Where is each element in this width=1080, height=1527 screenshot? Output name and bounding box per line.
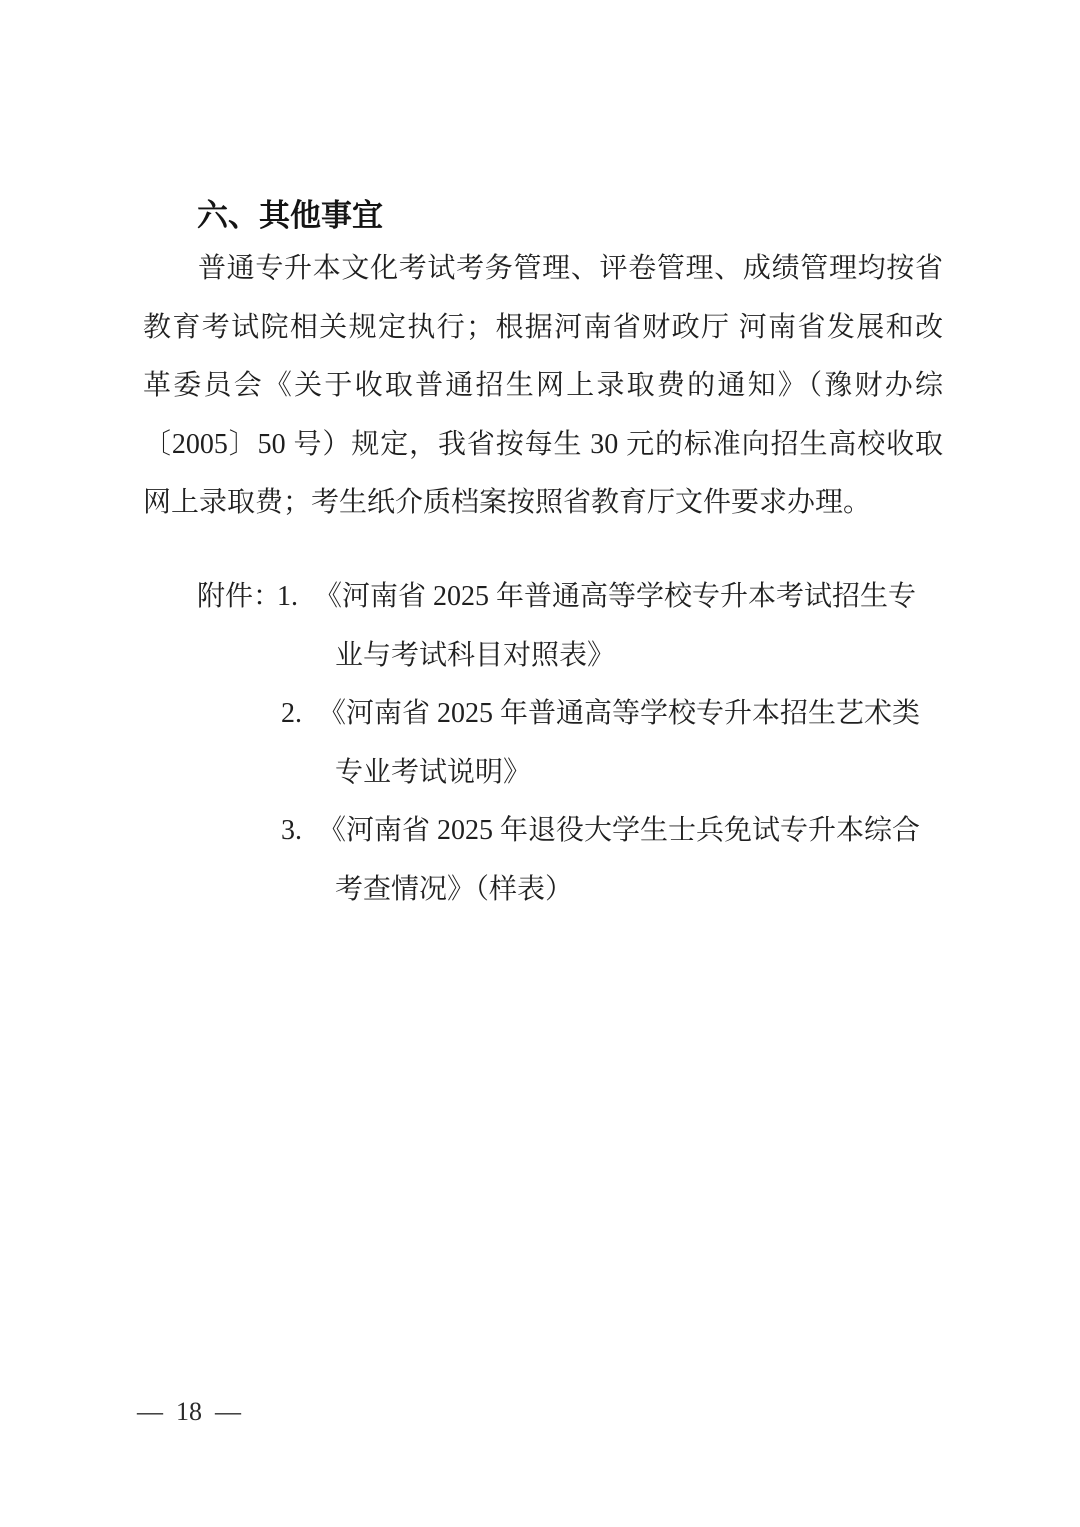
attachment-1-title-line-2: 业与考试科目对照表》 [197,627,987,686]
paragraph-line-3: 革委员会《关于收取普通招生网上录取费的通知》（豫财办综 [143,357,943,416]
attachment-1-number: 1. [277,568,307,627]
attachments-label: 附件： [197,568,270,627]
paragraph-line-2: 教育考试院相关规定执行；根据河南省财政厅 河南省发展和改 [143,299,943,358]
attachment-3-title-line-2: 考查情况》（样表） [197,861,987,920]
section-heading: 六、其他事宜 [197,196,383,236]
attachment-2-title-line-1: 《河南省 2025 年普通高等学校专升本招生艺术类 [318,698,920,729]
footer-left-dash: — [137,1396,163,1428]
footer-right-dash: — [215,1396,241,1428]
attachment-item-2-line-1: 2. 《河南省 2025 年普通高等学校专升本招生艺术类 [197,685,987,744]
attachment-item-1-line-1: 附件： 1. 《河南省 2025 年普通高等学校专升本考试招生专 [197,568,987,627]
attachment-3-number: 3. [281,802,311,861]
attachments-section: 附件： 1. 《河南省 2025 年普通高等学校专升本考试招生专 业与考试科目对… [197,568,987,919]
attachment-item-3-line-1: 3. 《河南省 2025 年退役大学生士兵免试专升本综合 [197,802,987,861]
document-page: 六、其他事宜 普通专升本文化考试考务管理、评卷管理、成绩管理均按省 教育考试院相… [0,0,1080,1527]
page-number: 18 [176,1396,202,1428]
attachment-3-title-line-1: 《河南省 2025 年退役大学生士兵免试专升本综合 [318,815,920,846]
paragraph-line-1: 普通专升本文化考试考务管理、评卷管理、成绩管理均按省 [143,240,943,299]
attachment-1-title-line-1: 《河南省 2025 年普通高等学校专升本考试招生专 [314,581,916,612]
attachment-2-number: 2. [281,685,311,744]
attachment-2-title-line-2: 专业考试说明》 [197,744,987,803]
paragraph-line-5: 网上录取费；考生纸介质档案按照省教育厅文件要求办理。 [143,474,943,533]
paragraph-line-4: 〔2005〕50 号）规定，我省按每生 30 元的标准向招生高校收取 [143,416,943,475]
body-paragraph: 普通专升本文化考试考务管理、评卷管理、成绩管理均按省 教育考试院相关规定执行；根… [143,240,943,533]
page-footer: —18— [137,1396,241,1428]
